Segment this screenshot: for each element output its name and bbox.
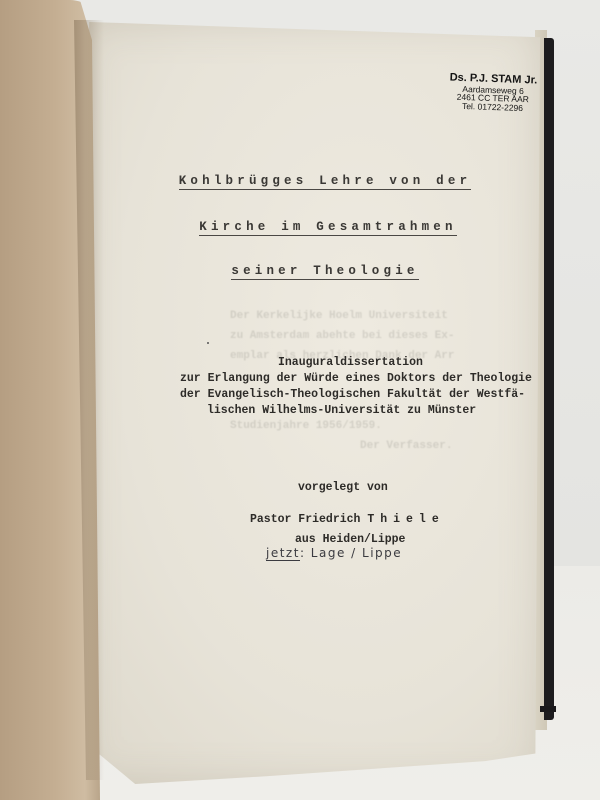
dissertation-line-2: der Evangelisch-Theologischen Fakultät d… <box>180 387 525 403</box>
title-line-1: Kohlbrügges Lehre von der <box>110 174 540 188</box>
presented-by: vorgelegt von <box>298 480 388 496</box>
bleed-through-line: Der Kerkelijke Hoelm Universiteit <box>230 310 448 322</box>
title-line-2: Kirche im Gesamtrahmen <box>116 220 540 234</box>
handwritten-note: jetzt: Lage / Lippe <box>266 546 402 560</box>
owner-stamp: Ds. P.J. STAM Jr. Aardamseweg 6 2461 CC … <box>437 72 548 114</box>
dissertation-line-3: lischen Wilhelms-Universität zu Münster <box>207 403 476 419</box>
title-page: Ds. P.J. STAM Jr. Aardamseweg 6 2461 CC … <box>80 22 540 784</box>
title-line-3: seiner Theologie <box>110 264 540 278</box>
dissertation-line-1: zur Erlangung der Würde eines Doktors de… <box>180 371 532 387</box>
author-line: Pastor Friedrich Thiele <box>250 512 445 528</box>
dissertation-label: Inauguraldissertation <box>278 355 423 371</box>
book-cover-corner <box>540 706 556 712</box>
handwritten-location: : Lage / Lippe <box>300 546 402 560</box>
book-cover-spine <box>544 38 554 720</box>
handwritten-prefix: jetzt <box>266 546 300 561</box>
bleed-through-line: Studienjahre 1956/1959. <box>230 420 382 432</box>
ink-speck <box>207 342 209 344</box>
author-surname: Thiele <box>367 513 444 526</box>
bleed-through-line: zu Amsterdam abehte bei dieses Ex- <box>230 330 454 342</box>
author-prefix: Pastor Friedrich <box>250 513 360 526</box>
bleed-through-line: Der Verfasser. <box>360 440 452 452</box>
